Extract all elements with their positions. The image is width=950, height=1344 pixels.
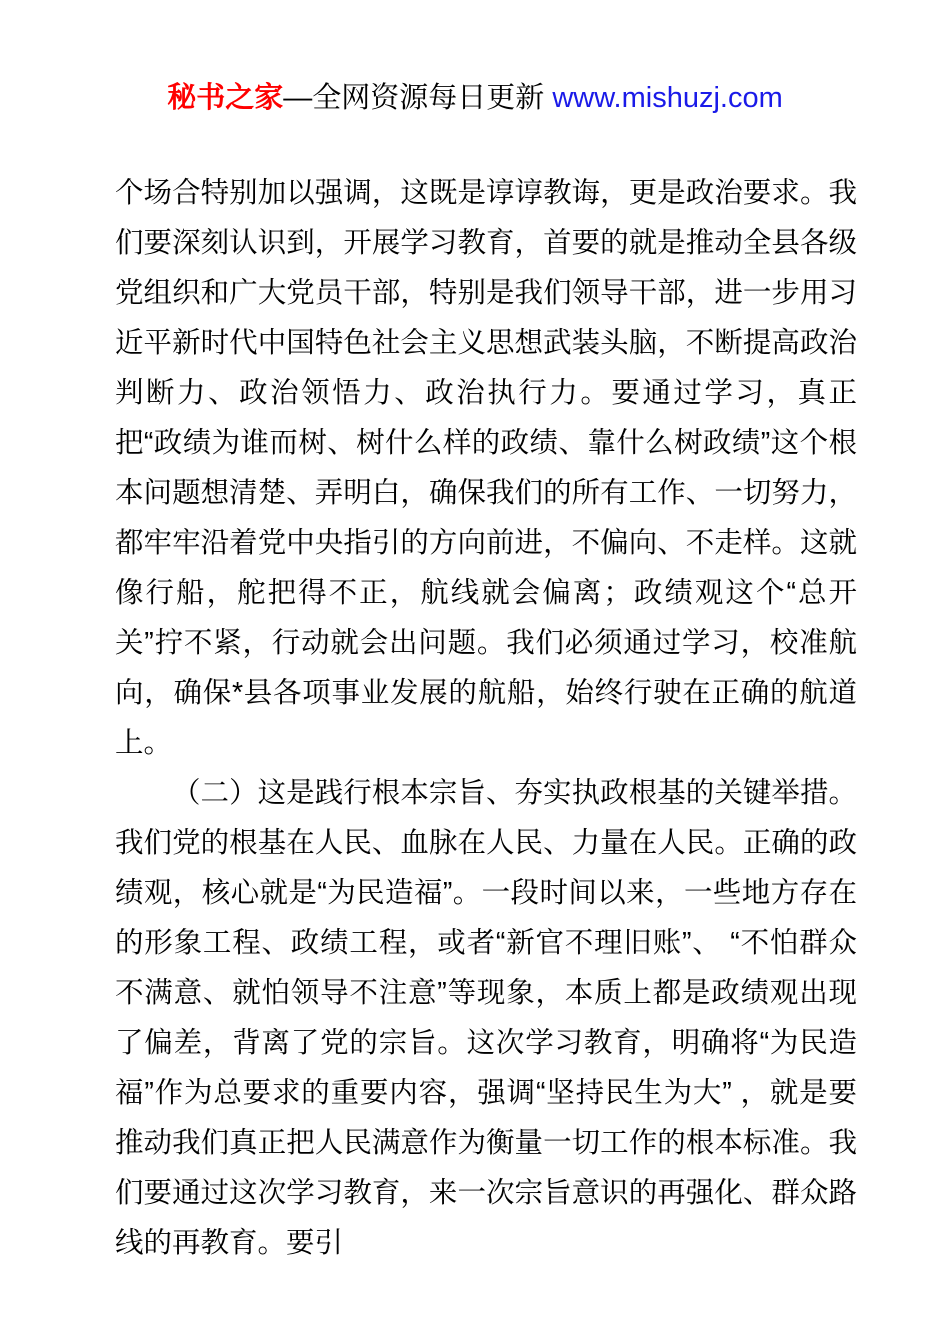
document-body: 个场合特别加以强调，这既是谆谆教诲，更是政治要求。我们要深刻认识到，开展学习教育… (115, 168, 857, 1268)
document-page: 秘书之家—全网资源每日更新 www.mishuzj.com 个场合特别加以强调，… (0, 0, 950, 1344)
header-dash: — (283, 82, 312, 114)
paragraph: （二）这是践行根本宗旨、夯实执政根基的关键举措。我们党的根基在人民、血脉在人民、… (115, 768, 857, 1268)
site-tagline: 全网资源每日更新 (312, 82, 544, 114)
site-url[interactable]: www.mishuzj.com (552, 82, 782, 114)
site-header: 秘书之家—全网资源每日更新 www.mishuzj.com (0, 0, 950, 116)
paragraph: 个场合特别加以强调，这既是谆谆教诲，更是政治要求。我们要深刻认识到，开展学习教育… (115, 168, 857, 768)
site-name: 秘书之家 (167, 82, 283, 114)
